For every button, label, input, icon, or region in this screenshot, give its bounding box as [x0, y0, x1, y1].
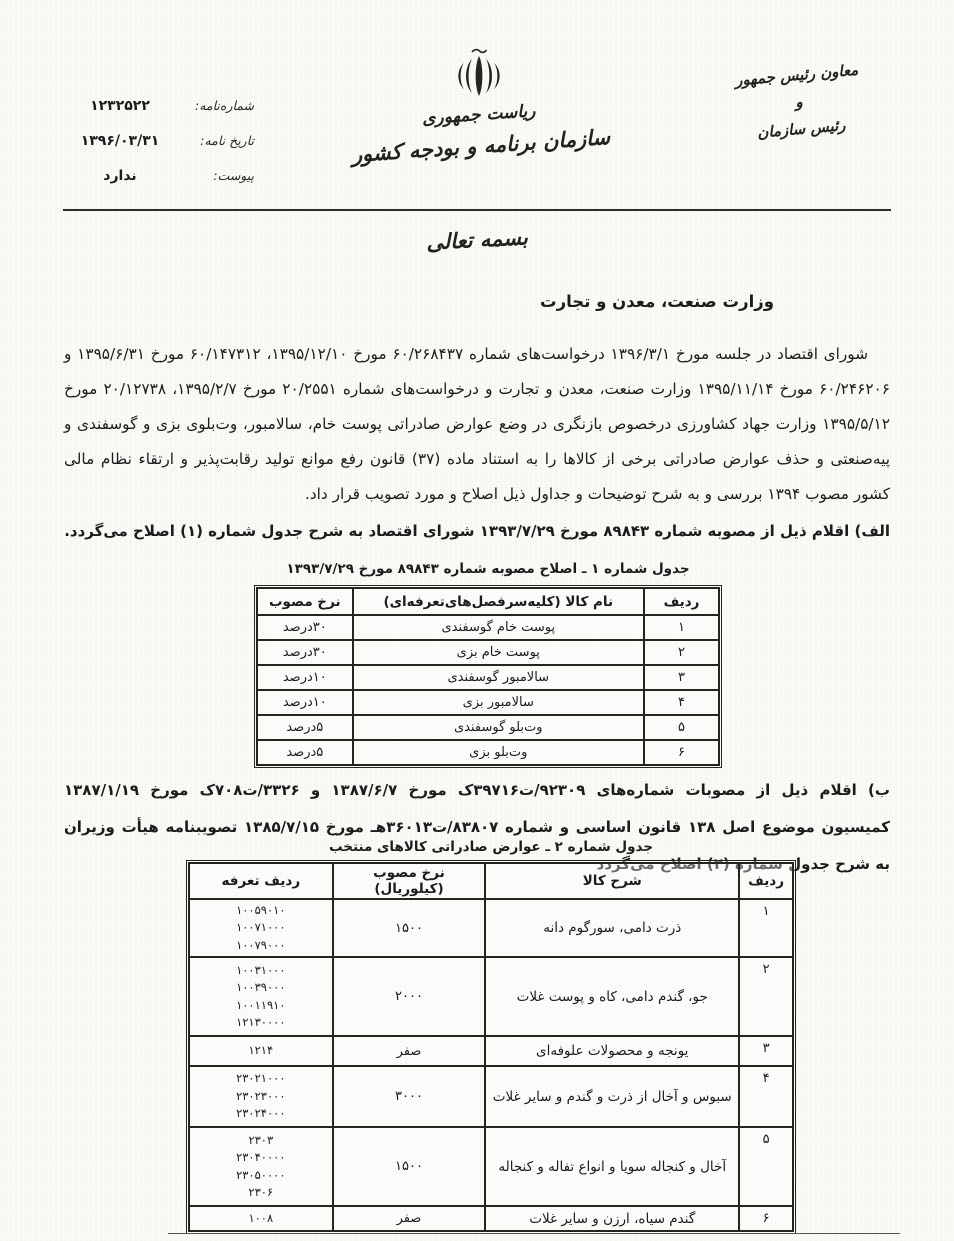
tariff-codes-cell: ۱۰۰۵۹۰۱۰ ۱۰۰۷۱۰۰۰ ۱۰۰۷۹۰۰۰	[189, 899, 333, 957]
table2-header-tariff: ردیف تعرفه	[189, 863, 333, 899]
letter-date-value: ۱۳۹۶/۰۳/۳۱	[64, 133, 176, 149]
tariff-code: ۲۳۰۲۴۰۰۰	[194, 1105, 328, 1123]
rate-cell: ۱۵۰۰	[333, 1127, 486, 1206]
letter-meta-block: شماره‌نامه: ۱۲۳۲۵۲۲ تاریخ نامه: ۱۳۹۶/۰۳/…	[64, 98, 254, 203]
rate-cell: ۵درصد	[257, 715, 353, 740]
table1-row: ۴ سالامبور بزی ۱۰درصد	[257, 690, 719, 715]
tariff-code: ۱۰۰۳۱۰۰۰	[194, 962, 328, 980]
table2-row: ۵ آخال و کنجاله سویا و انواع تفاله و کنج…	[189, 1127, 793, 1206]
tariff-codes-cell: ۲۳۰۲۱۰۰۰ ۲۳۰۲۳۰۰۰ ۲۳۰۲۴۰۰۰	[189, 1066, 333, 1127]
rate-cell: ۲۰۰۰	[333, 957, 486, 1036]
desc-cell: سبوس و آخال از ذرت و گندم و سایر غلات	[485, 1066, 739, 1127]
desc-cell: آخال و کنجاله سویا و انواع تفاله و کنجال…	[485, 1127, 739, 1206]
rate-cell: ۱۰درصد	[257, 690, 353, 715]
table1-header-name: نام کالا (کلیه‌سرفصل‌های‌تعرفه‌ای)	[353, 588, 644, 615]
rate-cell: صفر	[333, 1206, 486, 1231]
desc-cell: گندم سیاه، ارزن و سایر غلات	[485, 1206, 739, 1231]
clause-alef: الف) اقلام ذیل از مصوبه شماره ۸۹۸۴۳ مورخ…	[64, 522, 890, 540]
name-cell: سالامبور گوسفندی	[353, 665, 644, 690]
footer-rule	[168, 1233, 900, 1234]
rate-cell: ۳۰۰۰	[333, 1066, 486, 1127]
table2-header-rate: نرخ مصوب (کیلوریال)	[333, 863, 486, 899]
tariff-code: ۱۰۰۸	[194, 1210, 328, 1228]
letter-date-row: تاریخ نامه: ۱۳۹۶/۰۳/۳۱	[64, 133, 254, 168]
name-cell: سالامبور بزی	[353, 690, 644, 715]
tariff-code: ۲۳۰۲۳۰۰۰	[194, 1088, 328, 1106]
rank-cell: ۳	[644, 665, 719, 690]
table1-row: ۵ وت‌بلو گوسفندی ۵درصد	[257, 715, 719, 740]
tariff-code: ۲۳۰۶	[194, 1184, 328, 1202]
tariff-codes-cell: ۲۳۰۳ ۲۳۰۴۰۰۰۰ ۲۳۰۵۰۰۰۰ ۲۳۰۶	[189, 1127, 333, 1206]
rate-cell: صفر	[333, 1036, 486, 1066]
name-cell: پوست خام بزی	[353, 640, 644, 665]
letter-number-label: شماره‌نامه:	[176, 98, 254, 113]
table2-header-row: ردیف شرح کالا نرخ مصوب (کیلوریال) ردیف ت…	[189, 863, 793, 899]
table1-header-no: ردیف	[644, 588, 719, 615]
desc-cell: یونجه و محصولات علوفه‌ای	[485, 1036, 739, 1066]
rate-cell: ۳۰درصد	[257, 615, 353, 640]
name-cell: پوست خام گوسفندی	[353, 615, 644, 640]
tariff-code: ۲۳۰۴۰۰۰۰	[194, 1149, 328, 1167]
tariff-code: ۱۲۱۳۰۰۰۰	[194, 1014, 328, 1032]
name-cell: وت‌بلو بزی	[353, 740, 644, 765]
table1-row: ۱ پوست خام گوسفندی ۳۰درصد	[257, 615, 719, 640]
rank-cell: ۲	[644, 640, 719, 665]
rank-cell: ۱	[739, 899, 793, 957]
rank-cell: ۱	[644, 615, 719, 640]
tariff-codes-cell: ۱۲۱۴	[189, 1036, 333, 1066]
tariff-code: ۱۰۰۷۹۰۰۰	[194, 937, 328, 955]
rank-cell: ۵	[739, 1127, 793, 1206]
letter-date-label: تاریخ نامه:	[176, 133, 254, 148]
tariff-codes-cell: ۱۰۰۸	[189, 1206, 333, 1231]
rank-cell: ۵	[644, 715, 719, 740]
table2-title: جدول شماره ۲ ـ عوارض صادراتی کالاهای منت…	[186, 839, 796, 855]
table1-header-row: ردیف نام کالا (کلیه‌سرفصل‌های‌تعرفه‌ای) …	[257, 588, 719, 615]
letterhead-divider	[63, 209, 891, 211]
rate-cell: ۳۰درصد	[257, 640, 353, 665]
rate-cell: ۱۵۰۰	[333, 899, 486, 957]
letter-attachment-row: پیوست: ندارد	[64, 168, 254, 203]
desc-cell: جو، گندم دامی، کاه و پوست غلات	[485, 957, 739, 1036]
tariff-code: ۲۳۰۲۱۰۰۰	[194, 1070, 328, 1088]
decision-paragraph: شورای اقتصاد در جلسه مورخ ۱۳۹۶/۳/۱ درخوا…	[64, 337, 890, 512]
rank-cell: ۳	[739, 1036, 793, 1066]
table2-export-duties: ردیف شرح کالا نرخ مصوب (کیلوریال) ردیف ت…	[186, 860, 796, 1234]
rank-cell: ۲	[739, 957, 793, 1036]
table2-header-desc: شرح کالا	[485, 863, 739, 899]
tariff-code: ۱۰۰۱۱۹۱۰	[194, 997, 328, 1015]
tariff-code: ۱۰۰۷۱۰۰۰	[194, 919, 328, 937]
rank-cell: ۴	[739, 1066, 793, 1127]
table2-header-no: ردیف	[739, 863, 793, 899]
table2-row: ۳ یونجه و محصولات علوفه‌ای صفر ۱۲۱۴	[189, 1036, 793, 1066]
rank-cell: ۶	[644, 740, 719, 765]
iran-national-emblem-icon	[447, 48, 511, 104]
table1-amended-rates: ردیف نام کالا (کلیه‌سرفصل‌های‌تعرفه‌ای) …	[254, 585, 722, 768]
tariff-code: ۱۰۰۵۹۰۱۰	[194, 902, 328, 920]
tariff-code: ۱۰۰۳۹۰۰۰	[194, 979, 328, 997]
letter-attachment-value: ندارد	[64, 168, 176, 184]
letterhead-signatory-block: معاون رئیس جمهور و رئیس سازمان	[711, 55, 887, 151]
name-cell: وت‌بلو گوسفندی	[353, 715, 644, 740]
tariff-code: ۲۳۰۳	[194, 1132, 328, 1150]
table1-row: ۶ وت‌بلو بزی ۵درصد	[257, 740, 719, 765]
table1-row: ۲ پوست خام بزی ۳۰درصد	[257, 640, 719, 665]
letter-number-row: شماره‌نامه: ۱۲۳۲۵۲۲	[64, 98, 254, 133]
letterhead-organization-block: ریاست جمهوری سازمان برنامه و بودجه کشور	[298, 90, 661, 177]
rank-cell: ۶	[739, 1206, 793, 1231]
table2-row: ۴ سبوس و آخال از ذرت و گندم و سایر غلات …	[189, 1066, 793, 1127]
tariff-code: ۱۲۱۴	[194, 1042, 328, 1060]
desc-cell: ذرت دامی، سورگوم دانه	[485, 899, 739, 957]
tariff-codes-cell: ۱۰۰۳۱۰۰۰ ۱۰۰۳۹۰۰۰ ۱۰۰۱۱۹۱۰ ۱۲۱۳۰۰۰۰	[189, 957, 333, 1036]
scanned-letter-page: معاون رئیس جمهور و رئیس سازمان ریاست جمه…	[0, 0, 954, 1241]
table1-title: جدول شماره ۱ ـ اصلاح مصوبه شماره ۸۹۸۴۳ م…	[254, 561, 722, 577]
rank-cell: ۴	[644, 690, 719, 715]
table2-row: ۲ جو، گندم دامی، کاه و پوست غلات ۲۰۰۰ ۱۰…	[189, 957, 793, 1036]
table2-row: ۶ گندم سیاه، ارزن و سایر غلات صفر ۱۰۰۸	[189, 1206, 793, 1231]
table1-header-rate: نرخ مصوب	[257, 588, 353, 615]
tariff-code: ۲۳۰۵۰۰۰۰	[194, 1167, 328, 1185]
recipient-ministry: وزارت صنعت، معدن و تجارت	[540, 292, 774, 311]
besmele-invocation: بسمه تعالی	[0, 203, 954, 277]
letter-number-value: ۱۲۳۲۵۲۲	[64, 98, 176, 114]
rate-cell: ۱۰درصد	[257, 665, 353, 690]
letter-attachment-label: پیوست:	[176, 168, 254, 183]
rate-cell: ۵درصد	[257, 740, 353, 765]
table1-row: ۳ سالامبور گوسفندی ۱۰درصد	[257, 665, 719, 690]
table2-row: ۱ ذرت دامی، سورگوم دانه ۱۵۰۰ ۱۰۰۵۹۰۱۰ ۱۰…	[189, 899, 793, 957]
